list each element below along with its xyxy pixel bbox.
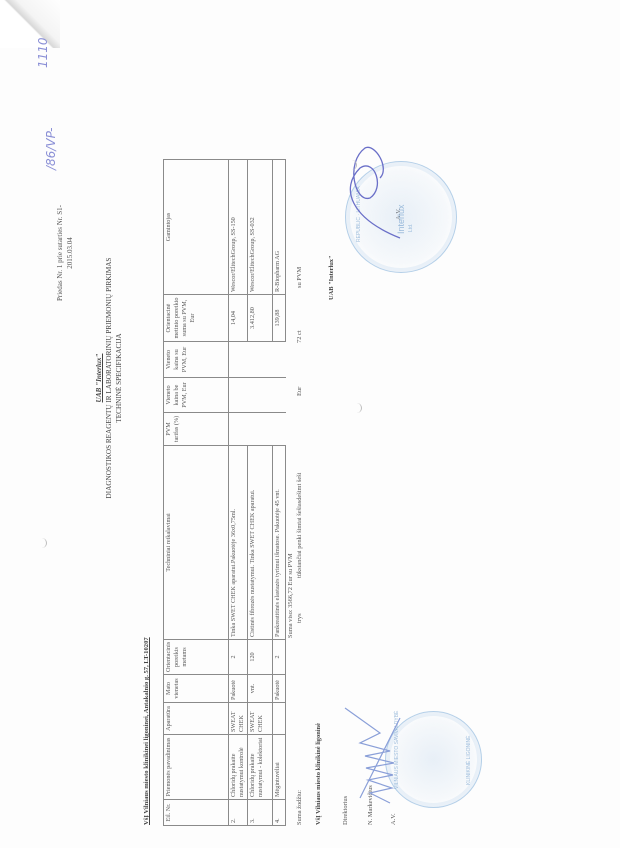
col-header-device: Aparatūra bbox=[164, 703, 229, 735]
cell-price-ex-vat bbox=[248, 378, 273, 413]
cell-unit: vnt. bbox=[248, 675, 273, 703]
cell-manufacturer: R-Biopharm AG bbox=[273, 160, 286, 295]
cell-requirements: Tinka SWET CHEK aparatui.Pakuotėje 36x0,… bbox=[229, 446, 248, 640]
col-header-price-ex-vat: Vieneto kaina be PVM, Eur bbox=[164, 378, 229, 413]
cell-nr: 3. bbox=[248, 800, 273, 826]
cell-manufacturer: Wescor/ElitechGroup, SS-032 bbox=[248, 160, 273, 295]
cell-qty: 2 bbox=[273, 640, 286, 675]
table-row: 4. Mėgintuvėliai Pakuotė 2 Pankreatitinė… bbox=[273, 160, 286, 826]
scan-mark bbox=[40, 538, 47, 548]
cell-total: 139,88 bbox=[273, 295, 286, 342]
cell-qty: 120 bbox=[248, 640, 273, 675]
cell-vat bbox=[273, 413, 286, 446]
cell-vat bbox=[229, 413, 248, 446]
scan-mark bbox=[355, 403, 362, 413]
handwritten-contract-number: /86/VP- bbox=[44, 128, 58, 170]
title-line-1: DIAGNOSTIKOS REAGENTŲ IR LABORATORINIŲ P… bbox=[104, 148, 114, 608]
cell-price-inc-vat bbox=[273, 342, 286, 378]
cell-nr: 4. bbox=[273, 800, 286, 826]
table-row: 2. Chloridų prakaite nustatymui kontrolė… bbox=[229, 160, 248, 826]
cell-price-inc-vat bbox=[248, 342, 273, 378]
annex-reference: Priedas Nr. 1 prie sutarties Nr. S1- 201… bbox=[55, 173, 75, 333]
sum-total: Suma viso: 3566,72 Eur su PVM bbox=[287, 553, 294, 638]
sum-in-words-part1: trys bbox=[296, 613, 303, 623]
col-header-manufacturer: Gamintojas bbox=[164, 160, 229, 295]
cell-unit: Pakuotė bbox=[273, 675, 286, 703]
col-header-price-inc-vat: Vieneto kaina su PVM, Eur bbox=[164, 342, 229, 378]
recipient-address: VšĮ Vilniaus miesto klinikinei ligoninei… bbox=[143, 637, 150, 825]
col-header-name: Priemonės pavadinimas bbox=[164, 735, 229, 800]
title-company: UAB "Interlux" bbox=[94, 148, 104, 608]
cell-nr: 2. bbox=[229, 800, 248, 826]
table-row: 3. Chloridų prakaite nustatymui - kolekt… bbox=[248, 160, 273, 826]
table-header-row: Eil. Nr. Priemonės pavadinimas Aparatūra… bbox=[164, 160, 229, 826]
col-header-nr: Eil. Nr. bbox=[164, 800, 229, 826]
col-header-total: Orientacinė metinio poreikio suma su PVM… bbox=[164, 295, 229, 342]
supplier-organization: UAB "Interlux" bbox=[328, 255, 335, 300]
buyer-signature bbox=[330, 698, 420, 808]
cell-requirements: Cistinės fibrozės nustatymui. Tinka SWET… bbox=[248, 446, 273, 640]
cell-name: Chloridų prakaite nustatymui - kolektori… bbox=[248, 735, 273, 800]
sum-in-words-part2: tūkstančiai penki šimtai šešiasdešimt še… bbox=[296, 473, 303, 578]
sum-in-words-label: Suma žodžiu: bbox=[296, 790, 303, 825]
cell-total: 3.412,80 bbox=[248, 295, 273, 342]
cell-device: SWEAT CHEK bbox=[248, 703, 273, 735]
col-header-qty: Orientacinis poreikis metams bbox=[164, 640, 229, 675]
sum-vat-note: su PVM bbox=[296, 267, 303, 288]
cell-price-ex-vat bbox=[229, 378, 248, 413]
cell-total: 14,04 bbox=[229, 295, 248, 342]
buyer-organization: VšĮ Vilniaus miesto klinikinė ligoninė bbox=[315, 723, 322, 825]
buyer-seal-label: A.V. bbox=[390, 813, 397, 825]
page-corner-fold bbox=[0, 0, 60, 48]
sum-cents: 72 ct bbox=[296, 330, 303, 343]
col-header-unit: Mato vienetas bbox=[164, 675, 229, 703]
cell-manufacturer: Wescor/ElitechGroup, SS-150 bbox=[229, 160, 248, 295]
cell-unit: Pakuotė bbox=[229, 675, 248, 703]
cell-name: Mėgintuvėliai bbox=[273, 735, 286, 800]
col-header-vat: PVM tarifas (%) bbox=[164, 413, 229, 446]
annex-line-2: 2015.03.04 bbox=[65, 173, 75, 333]
cell-qty: 2 bbox=[229, 640, 248, 675]
col-header-requirements: Techniniai reikalavimai bbox=[164, 446, 229, 640]
cell-price-inc-vat bbox=[229, 342, 248, 378]
cell-device: SWEAT CHEK bbox=[229, 703, 248, 735]
supplier-signature bbox=[330, 138, 410, 258]
scanned-document-page: Priedas Nr. 1 prie sutarties Nr. S1- 201… bbox=[0, 0, 620, 848]
cell-vat bbox=[248, 413, 273, 446]
document-title: UAB "Interlux" DIAGNOSTIKOS REAGENTŲ IR … bbox=[94, 148, 124, 608]
cell-requirements: Pankreatitinės elastazės tyrimui išmatos… bbox=[273, 446, 286, 640]
annex-line-1: Priedas Nr. 1 prie sutarties Nr. S1- bbox=[55, 173, 65, 333]
cell-name: Chloridų prakaite nustatymui kontrolė bbox=[229, 735, 248, 800]
title-line-2: TECHNINĖ SPECIFIKACIJA bbox=[114, 148, 124, 608]
handwritten-note: 1110 bbox=[36, 37, 50, 68]
specification-table: Eil. Nr. Priemonės pavadinimas Aparatūra… bbox=[163, 159, 286, 826]
cell-device bbox=[273, 703, 286, 735]
cell-price-ex-vat bbox=[273, 378, 286, 413]
sum-currency: Eur bbox=[296, 387, 303, 396]
